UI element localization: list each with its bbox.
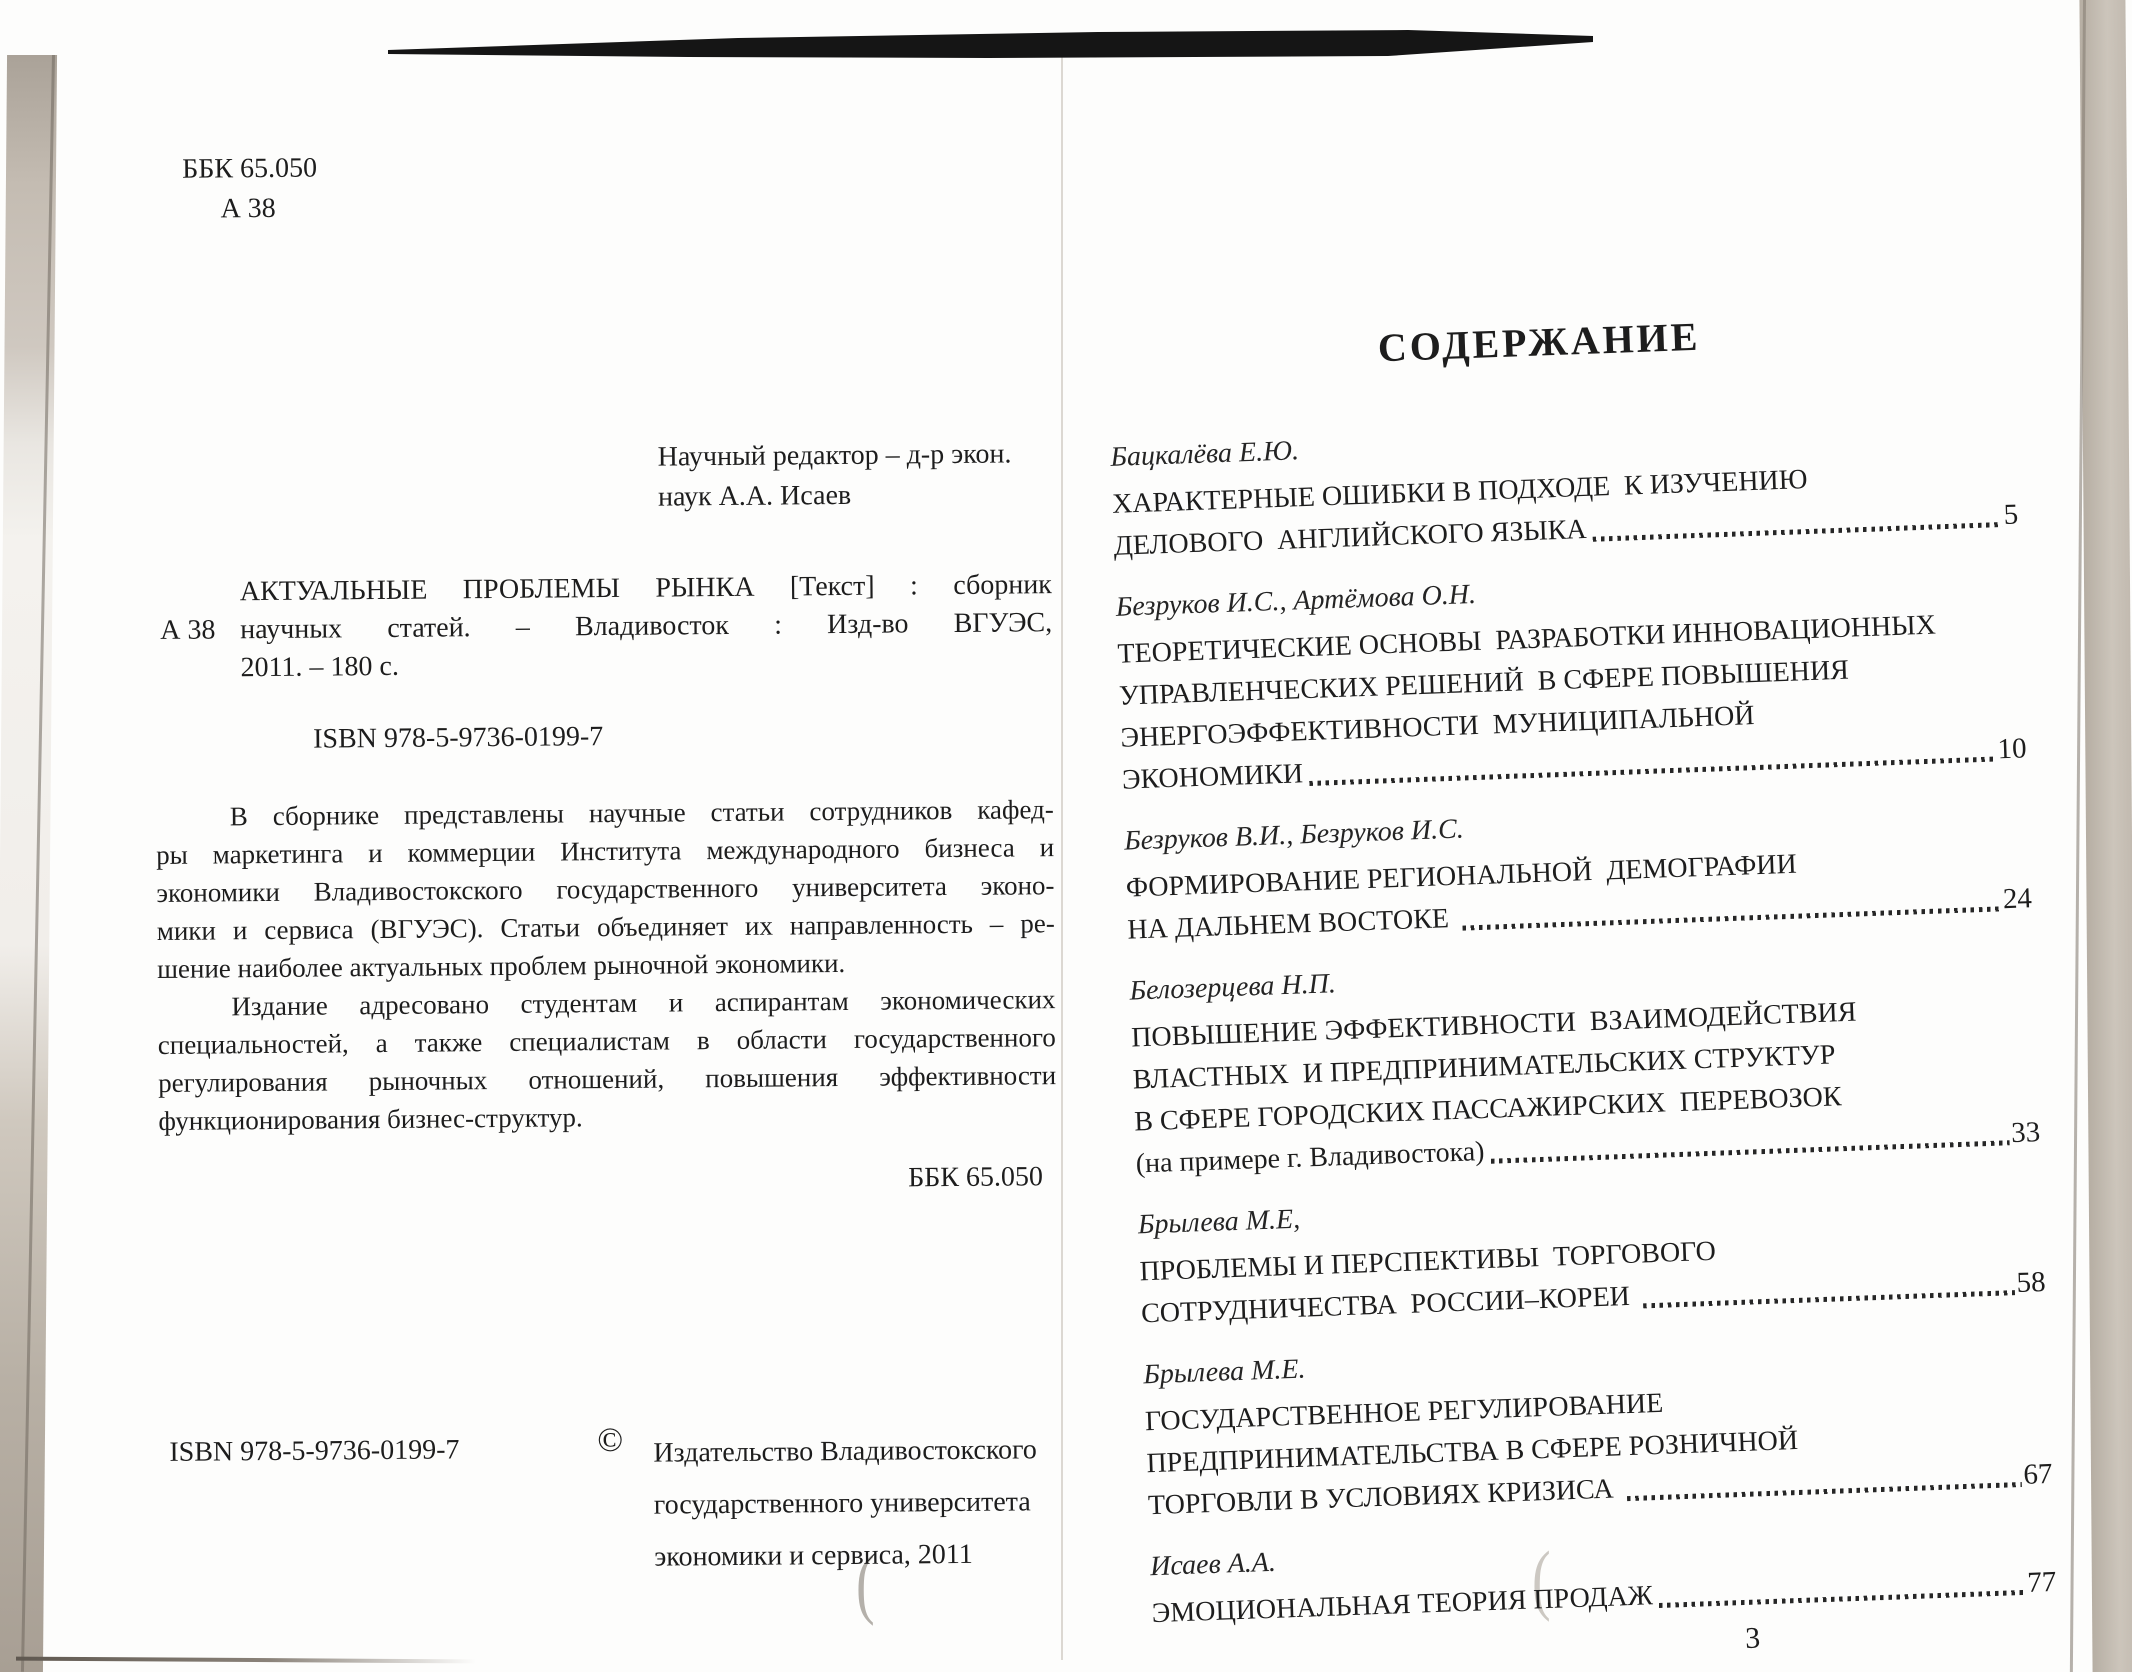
catalog-card-text-line: научных статей. – Владивосток : Изд-во В… [240, 604, 1052, 649]
toc-entry-title-line: ЭМОЦИОНАЛЬНАЯ ТЕОРИЯ ПРОДАЖ [1151, 1575, 1653, 1635]
toc-entry: Брылева М.Е,ПРОБЛЕМЫ И ПЕРСПЕКТИВЫ ТОРГО… [1137, 1175, 2046, 1335]
imprint-page: ББК 65.050 А 38 Научный редактор – д-р э… [150, 142, 1061, 1602]
author-sign-code: А 38 [160, 611, 216, 649]
scanned-book-spread: ( ( ББК 65.050 А 38 Научный редактор – д… [0, 0, 2132, 1672]
dot-leader [1659, 1590, 2026, 1608]
annotation-paragraph-2-line: функционирования бизнес-структур. [158, 1094, 1056, 1140]
copyright-symbol: © [597, 1422, 623, 1460]
catalog-card-text: АКТУАЛЬНЫЕ ПРОБЛЕМЫ РЫНКА [Текст] : сбор… [240, 566, 1053, 687]
isbn-number: ISBN 978-5-9736-0199-7 [313, 714, 1053, 758]
publisher-block-line: государственного университета [654, 1476, 1038, 1531]
scan-top-black-bar [388, 28, 1598, 68]
isbn-number: ISBN 978-5-9736-0199-7 [169, 1431, 459, 1472]
author-sign-code: А 38 [220, 182, 1048, 229]
toc-entry-page: 58 [2016, 1261, 2046, 1304]
dot-leader [1462, 906, 2001, 930]
annotation-paragraph-1-line: мики и сервиса (ВГУЭС). Статьи объединяе… [157, 904, 1055, 950]
dot-leader [1593, 522, 2002, 542]
annotation-paragraph-2: Издание адресовано студентам и аспиранта… [157, 980, 1056, 1140]
dot-leader [1309, 756, 1996, 786]
page-number: 3 [1745, 1611, 2059, 1656]
dot-leader [1643, 1290, 2015, 1308]
annotation-paragraph-1: В сборнике представлены научные статьи с… [156, 790, 1056, 988]
editor-line: наук А.А. Исаев [658, 474, 1051, 517]
dot-leader [1627, 1482, 2022, 1501]
scan-right-page-edge-line [2070, 0, 2086, 1672]
toc-entry: Безруков И.С., Артёмова О.Н.ТЕОРЕТИЧЕСКИ… [1115, 557, 2027, 801]
toc-entry-page: 77 [2027, 1561, 2057, 1604]
publisher-block-line: экономики и сервиса, 2011 [654, 1528, 1038, 1583]
toc-entry-page: 10 [1997, 727, 2027, 770]
toc-list: Бацкалёва Е.Ю.ХАРАКТЕРНЫЕ ОШИБКИ В ПОДХО… [1110, 408, 2057, 1636]
publisher-block-line: Издательство Владивостокского [653, 1424, 1037, 1479]
toc-entry-page: 5 [2003, 494, 2019, 536]
editor-line: Научный редактор – д-р экон. [658, 434, 1051, 477]
toc-entry: Безруков В.И., Безруков И.С.ФОРМИРОВАНИЕ… [1124, 791, 2033, 951]
toc-heading: СОДЕРЖАНИЕ [1106, 301, 1972, 384]
toc-entry-title-line: ЭКОНОМИКИ [1121, 753, 1304, 801]
toc-entry: Белозерцева Н.П.ПОВЫШЕНИЕ ЭФФЕКТИВНОСТИ … [1129, 941, 2041, 1185]
toc-entry: Брылева М.Е.ГОСУДАРСТВЕННОЕ РЕГУЛИРОВАНИ… [1143, 1325, 2054, 1527]
publisher-block: Издательство Владивостокскогогосударстве… [653, 1424, 1038, 1583]
toc-page: СОДЕРЖАНИЕ Бацкалёва Е.Ю.ХАРАКТЕРНЫЕ ОШИ… [1106, 300, 2059, 1672]
scan-right-paper-edge [2079, 0, 2132, 1672]
catalog-card-block: А 38 АКТУАЛЬНЫЕ ПРОБЛЕМЫ РЫНКА [Текст] :… [154, 566, 1053, 688]
scan-bottom-page-edge [16, 1657, 476, 1664]
toc-entry-page: 24 [2002, 877, 2032, 920]
copyright-block: ISBN 978-5-9736-0199-7 © Издательство Вл… [161, 1424, 1060, 1602]
toc-entry-page: 33 [2010, 1111, 2040, 1154]
annotation-paragraph-2-line: регулирования рыночных отношений, повыше… [158, 1056, 1056, 1102]
toc-entry-page: 67 [2023, 1453, 2053, 1496]
page-gutter-line [1061, 35, 1063, 1660]
bbk-code-bottom: ББК 65.050 [159, 1158, 1057, 1204]
dot-leader [1491, 1140, 2010, 1164]
toc-entry: Бацкалёва Е.Ю.ХАРАКТЕРНЫЕ ОШИБКИ В ПОДХО… [1110, 408, 2019, 568]
catalog-card-text-line: 2011. – 180 с. [240, 642, 1052, 687]
bbk-code-block: ББК 65.050 А 38 [182, 142, 1049, 230]
science-editor-block: Научный редактор – д-р экон. наук А.А. И… [658, 434, 1052, 517]
